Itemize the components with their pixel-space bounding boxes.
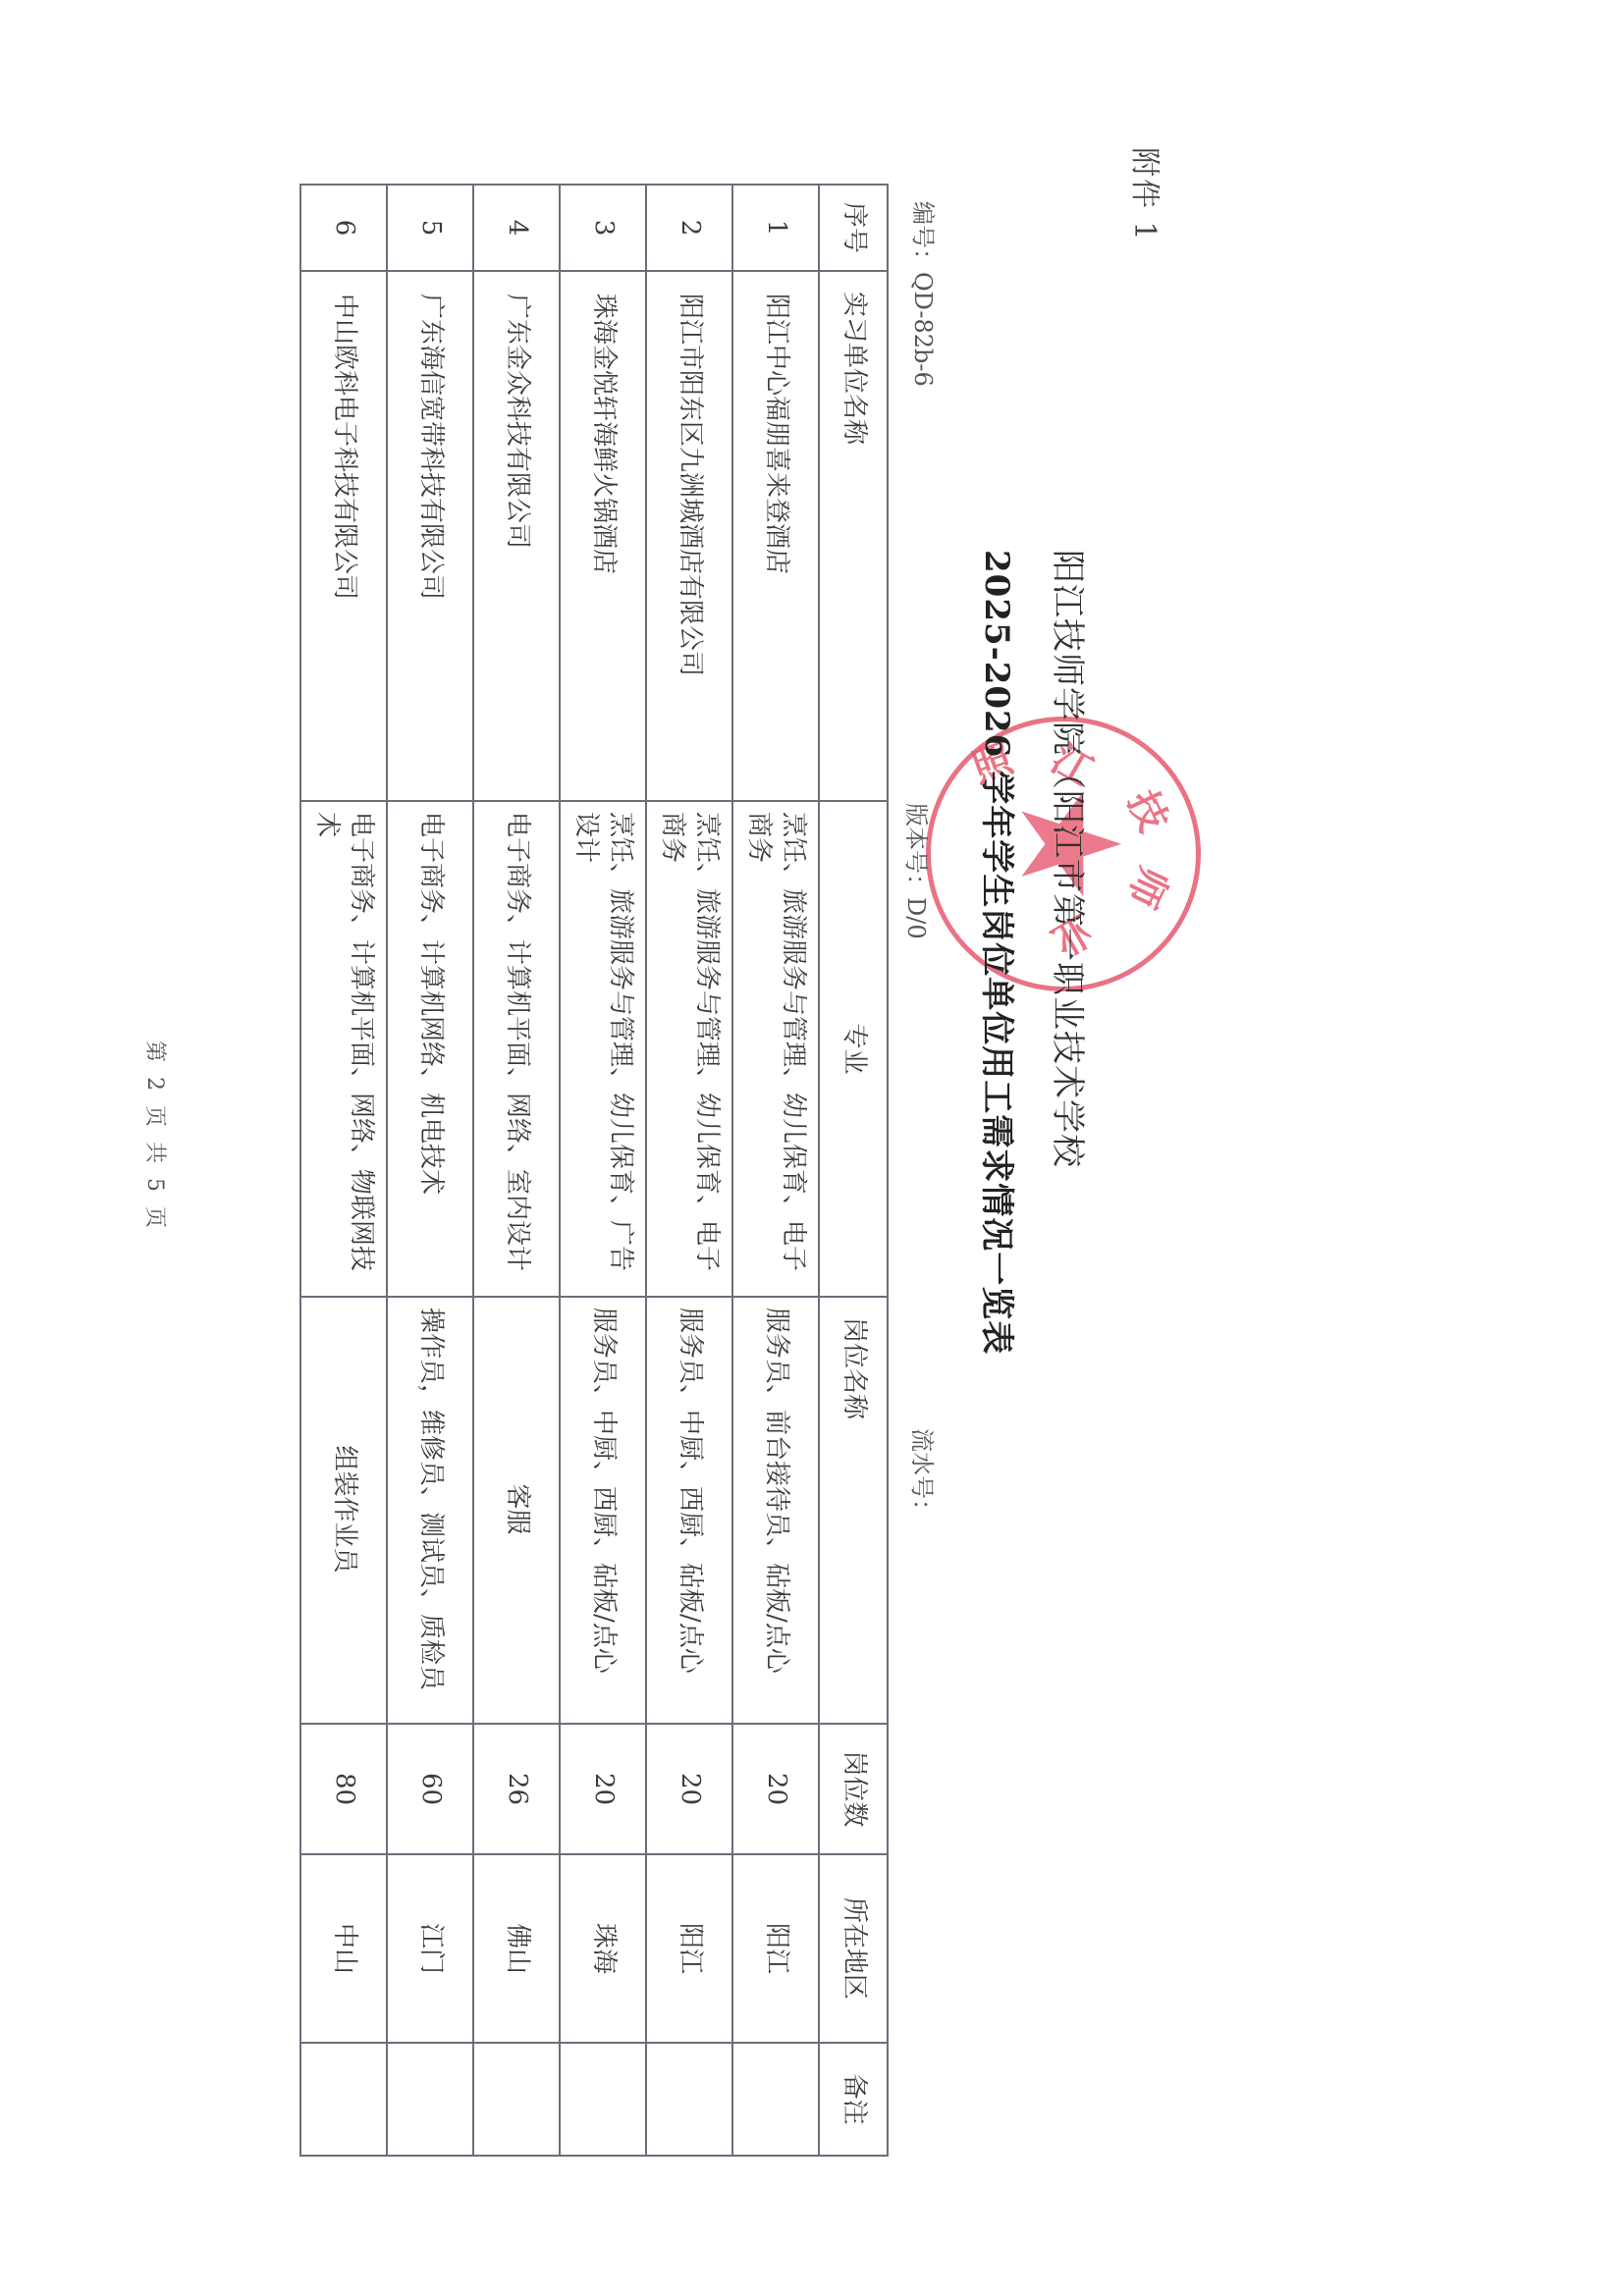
table-row: 4 广东金众科技有限公司 电子商务、计算机平面、网络、室内设计 客服 26 佛山 — [473, 185, 560, 2156]
cell-majors: 烹饪、旅游服务与管理、幼儿保育、电子商务 — [646, 801, 732, 1297]
cell-company: 阳江市阳东区九洲城酒店有限公司 — [646, 271, 732, 801]
page-footer: 第 2 页 共 5 页 — [141, 1041, 172, 1232]
cell-count: 20 — [560, 1724, 646, 1854]
school-name: 阳江技师学院（阳江市第一职业技术学校 — [1047, 550, 1095, 1168]
header-count: 岗位数 — [819, 1724, 888, 1854]
cell-positions: 服务员、前台接待员、砧板/点心 — [732, 1297, 819, 1724]
cell-region: 阳江 — [646, 1854, 732, 2043]
header-positions: 岗位名称 — [819, 1297, 888, 1724]
cell-region: 江门 — [387, 1854, 473, 2043]
cell-remark — [300, 2043, 387, 2156]
cell-remark — [473, 2043, 560, 2156]
serial-number: 流水号： — [907, 1428, 942, 1522]
cell-no: 6 — [300, 185, 387, 271]
cell-count: 20 — [732, 1724, 819, 1854]
cell-no: 4 — [473, 185, 560, 271]
cell-positions: 组装作业员 — [300, 1297, 387, 1724]
seal-char: 师 — [1116, 859, 1184, 918]
cell-region: 阳江 — [732, 1854, 819, 2043]
cell-remark — [387, 2043, 473, 2156]
cell-company: 中山欧科电子科技有限公司 — [300, 271, 387, 801]
cell-count: 20 — [646, 1724, 732, 1854]
cell-no: 2 — [646, 185, 732, 271]
cell-region: 中山 — [300, 1854, 387, 2043]
table-row: 1 阳江中心福朋喜来登酒店 烹饪、旅游服务与管理、幼儿保育、电子商务 服务员、前… — [732, 185, 819, 2156]
cell-remark — [732, 2043, 819, 2156]
version-number: 版本号：D/0 — [901, 803, 936, 939]
cell-remark — [646, 2043, 732, 2156]
cell-count: 26 — [473, 1724, 560, 1854]
cell-no: 3 — [560, 185, 646, 271]
cell-remark — [560, 2043, 646, 2156]
seal-char: 技 — [1116, 780, 1184, 839]
cell-majors: 电子商务、计算机平面、网络、室内设计 — [473, 801, 560, 1297]
cell-positions: 客服 — [473, 1297, 560, 1724]
cell-no: 5 — [387, 185, 473, 271]
cell-positions: 操作员，维修员、测试员、质检员 — [387, 1297, 473, 1724]
cell-positions: 服务员、中厨、西厨、砧板/点心 — [560, 1297, 646, 1724]
cell-count: 80 — [300, 1724, 387, 1854]
table-row: 3 珠海金悦轩海鲜火锅酒店 烹饪、旅游服务与管理、幼儿保育、广告设计 服务员、中… — [560, 185, 646, 2156]
table-row: 5 广东海信宽带科技有限公司 电子商务、计算机网络、机电技术 操作员，维修员、测… — [387, 185, 473, 2156]
header-no: 序号 — [819, 185, 888, 271]
cell-majors: 烹饪、旅游服务与管理、幼儿保育、广告设计 — [560, 801, 646, 1297]
document-title: 2025-2026 学年学生岗位单位用工需求情况一览表 — [976, 550, 1024, 1355]
cell-count: 60 — [387, 1724, 473, 1854]
cell-company: 广东金众科技有限公司 — [473, 271, 560, 801]
table-header-row: 序号 实习单位名称 专业 岗位名称 岗位数 所在地区 备注 — [819, 185, 888, 2156]
cell-region: 珠海 — [560, 1854, 646, 2043]
cell-company: 阳江中心福朋喜来登酒店 — [732, 271, 819, 801]
scanned-page: 附件 1 ★ 江 技 师 业 照 阳江技师学院（阳江市第一职业技术学校 2025… — [0, 0, 1623, 2296]
cell-company: 广东海信宽带科技有限公司 — [387, 271, 473, 801]
header-region: 所在地区 — [819, 1854, 888, 2043]
cell-no: 1 — [732, 185, 819, 271]
document-code: 编号：QD-82b-6 — [908, 201, 943, 387]
employment-demand-table: 序号 实习单位名称 专业 岗位名称 岗位数 所在地区 备注 1 阳江中心福朋喜来… — [299, 184, 889, 2157]
cell-majors: 烹饪、旅游服务与管理、幼儿保育、电子商务 — [732, 801, 819, 1297]
attachment-label: 附件 1 — [1126, 147, 1169, 242]
cell-majors: 电子商务、计算机网络、机电技术 — [387, 801, 473, 1297]
table-row: 6 中山欧科电子科技有限公司 电子商务、计算机平面、网络、物联网技术 组装作业员… — [300, 185, 387, 2156]
header-company: 实习单位名称 — [819, 271, 888, 801]
cell-region: 佛山 — [473, 1854, 560, 2043]
header-remark: 备注 — [819, 2043, 888, 2156]
header-majors: 专业 — [819, 801, 888, 1297]
cell-majors: 电子商务、计算机平面、网络、物联网技术 — [300, 801, 387, 1297]
cell-company: 珠海金悦轩海鲜火锅酒店 — [560, 271, 646, 801]
cell-positions: 服务员、中厨、西厨、砧板/点心 — [646, 1297, 732, 1724]
table-row: 2 阳江市阳东区九洲城酒店有限公司 烹饪、旅游服务与管理、幼儿保育、电子商务 服… — [646, 185, 732, 2156]
